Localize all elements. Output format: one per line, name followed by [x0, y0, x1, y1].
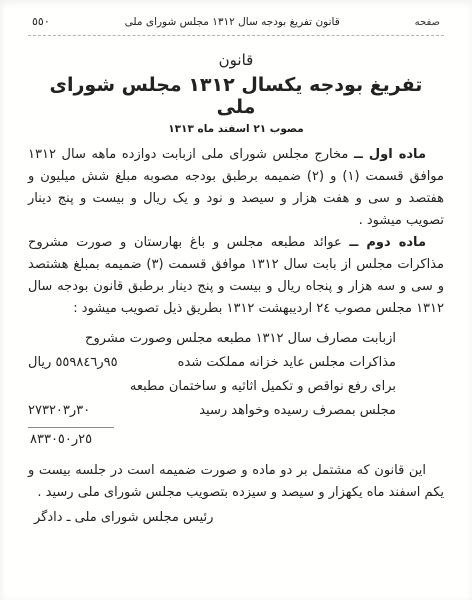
article-2-lead: ماده دوم ــ [349, 235, 426, 250]
sum-divider-rule [28, 427, 114, 428]
approval-date-line: مصوب ٢١ اسفند ماه ١٣١٣ [28, 123, 444, 135]
statement-row: برای رفع نواقص و تکمیل اثاثیه و ساختمان … [28, 375, 444, 399]
statement-row-amount: ٢٧٣٢٠٣ر٣٠ [28, 399, 90, 423]
article-1-lead: ماده اول ــ [354, 147, 426, 162]
statement-total: ٨٣٣٠٥٠ر٢٥ [28, 431, 444, 449]
amount-number: ٥٥٩٨٤٦ر٩٥ [55, 355, 117, 370]
law-kicker: قانون [28, 51, 444, 69]
statement-row-text: ازبابت مصارف سال ١٣١٢ مطبعه مجلس وصورت م… [85, 327, 396, 351]
statement-row: مذاکرات مجلس عاید خزانه مملکت شده ٥٥٩٨٤٦… [28, 351, 444, 375]
statement-row-text: برای رفع نواقص و تکمیل اثاثیه و ساختمان … [130, 375, 396, 399]
running-header: صفحه قانون تفریغ بودجه سال ١٣١٢ مجلس شور… [28, 12, 444, 36]
page-word-label: صفحه [415, 17, 440, 28]
scanned-document-page: صفحه قانون تفریغ بودجه سال ١٣١٢ مجلس شور… [0, 0, 472, 600]
amount-unit: ریال [28, 355, 51, 370]
total-number: ٨٣٣٠٥٠ر٢٥ [30, 432, 92, 447]
signature-line: رئیس مجلس شورای ملی ـ دادگر [28, 510, 444, 525]
page-number: ٥٥٠ [32, 15, 50, 28]
law-title: تفریغ بودجه یکسال ١٣١٢ مجلس شورای ملی [28, 74, 444, 118]
statement-row-text: مجلس بمصرف رسیده وخواهد رسید [199, 399, 396, 423]
statement-row: ازبابت مصارف سال ١٣١٢ مطبعه مجلس وصورت م… [28, 327, 444, 351]
financial-statement: ازبابت مصارف سال ١٣١٢ مطبعه مجلس وصورت م… [28, 327, 444, 449]
statement-row-amount: ٥٥٩٨٤٦ر٩٥ ریال [28, 351, 118, 375]
statement-row: مجلس بمصرف رسیده وخواهد رسید ٢٧٣٢٠٣ر٣٠ [28, 399, 444, 423]
article-2: ماده دوم ــ عوائد مطبعه مجلس و باغ بهارس… [28, 232, 444, 320]
amount-number: ٢٧٣٢٠٣ر٣٠ [28, 403, 90, 418]
article-1: ماده اول ــ مخارج مجلس شورای ملی ازبابت … [28, 144, 444, 232]
statement-row-text: مذاکرات مجلس عاید خزانه مملکت شده [178, 351, 396, 375]
running-header-title: قانون تفریغ بودجه سال ١٣١٢ مجلس شورای مل… [125, 16, 340, 28]
closing-paragraph: این قانون که مشتمل بر دو ماده و صورت ضمی… [28, 460, 444, 504]
